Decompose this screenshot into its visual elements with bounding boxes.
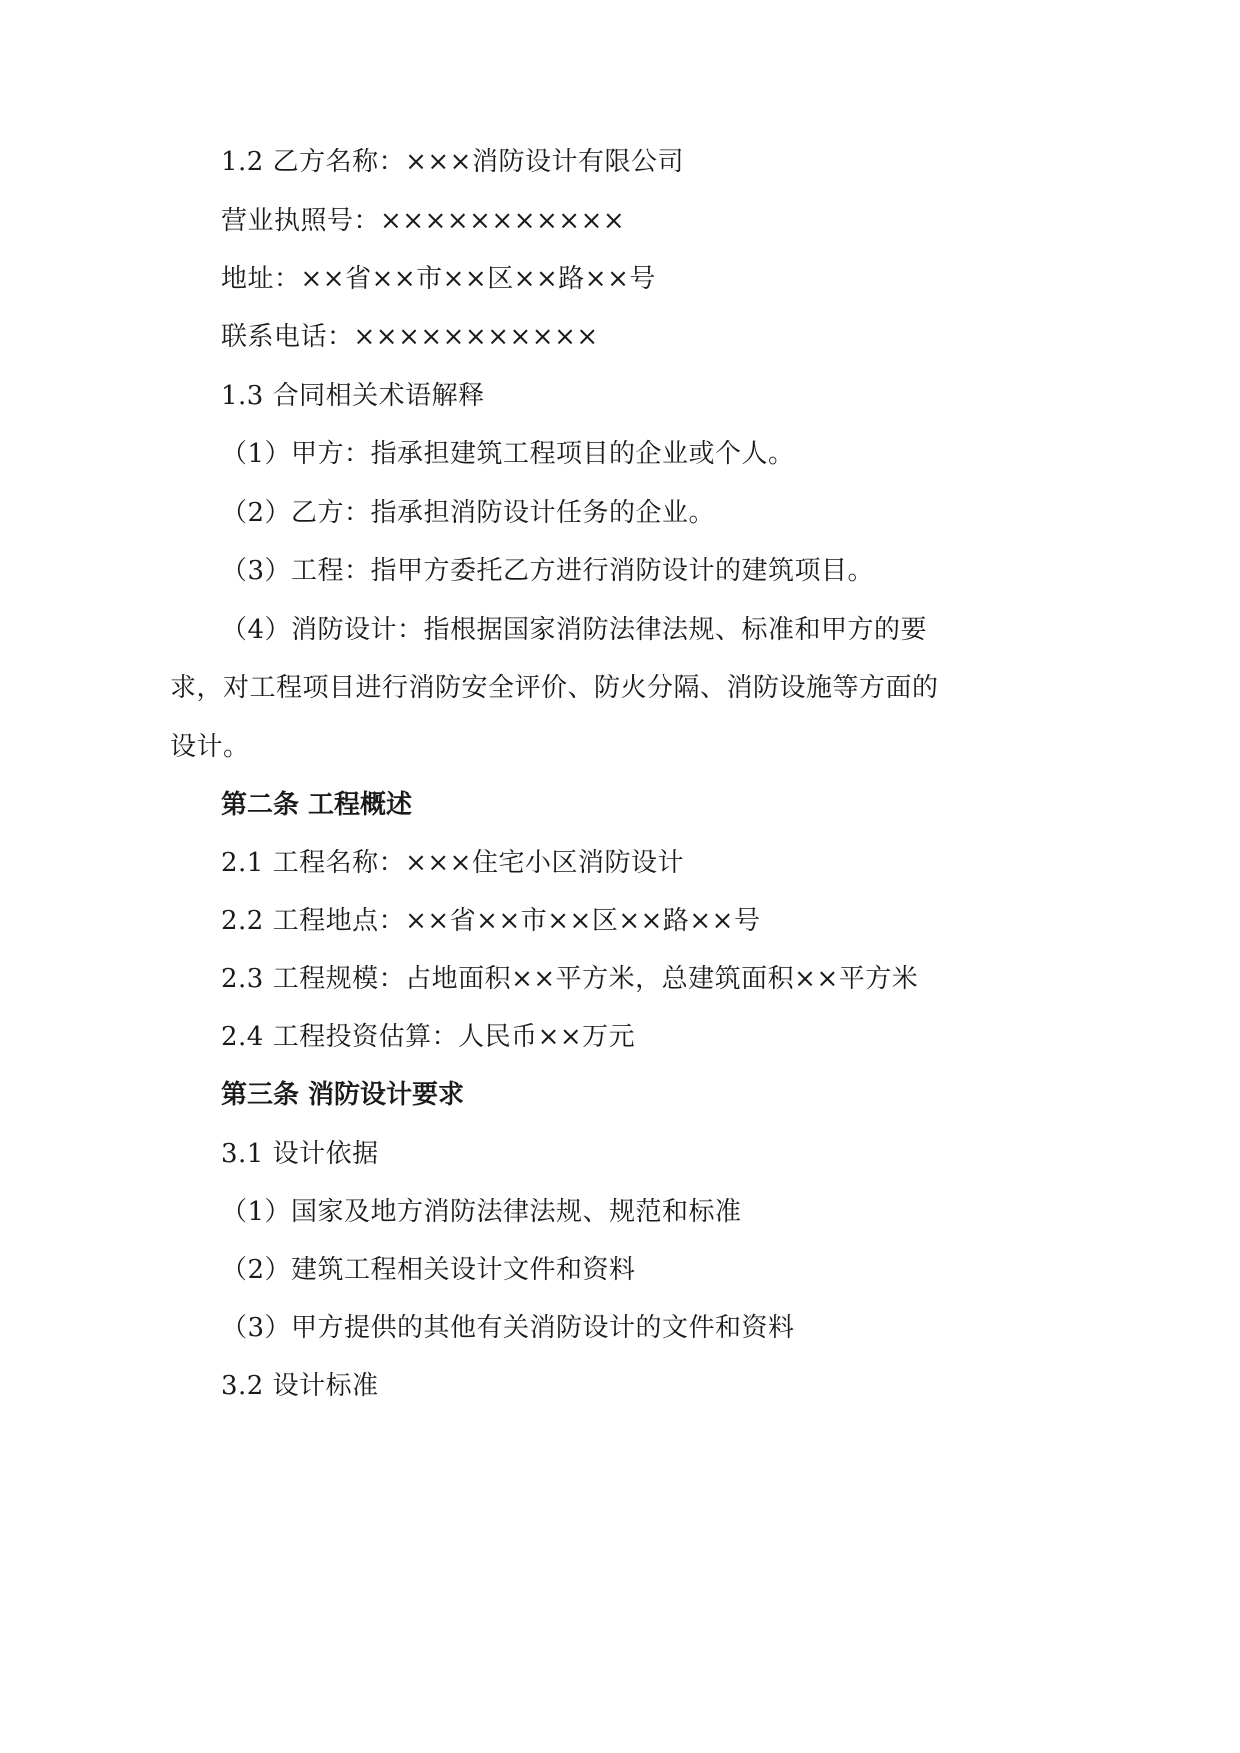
design-standard-title: 3.2 设计标准 bbox=[221, 1369, 379, 1403]
project-name: 2.1 工程名称：×××住宅小区消防设计 bbox=[221, 846, 684, 880]
design-basis-item-1: （1）国家及地方消防法律法规、规范和标准 bbox=[221, 1195, 742, 1229]
design-basis-title: 3.1 设计依据 bbox=[221, 1137, 379, 1171]
party-b-phone: 联系电话：××××××××××× bbox=[221, 320, 599, 354]
party-b-address: 地址：××省××市××区××路××号 bbox=[221, 262, 656, 296]
article-two-heading: 第二条 工程概述 bbox=[221, 788, 412, 822]
business-license-number: 营业执照号：××××××××××× bbox=[221, 204, 625, 238]
terms-definition-title: 1.3 合同相关术语解释 bbox=[221, 379, 485, 413]
term-project: （3）工程：指甲方委托乙方进行消防设计的建筑项目。 bbox=[221, 554, 874, 588]
article-three-heading: 第三条 消防设计要求 bbox=[221, 1078, 464, 1112]
term-fire-design-line3: 设计。 bbox=[170, 730, 250, 764]
project-scale: 2.3 工程规模：占地面积××平方米，总建筑面积××平方米 bbox=[221, 962, 918, 996]
design-basis-item-3: （3）甲方提供的其他有关消防设计的文件和资料 bbox=[221, 1311, 795, 1345]
design-basis-item-2: （2）建筑工程相关设计文件和资料 bbox=[221, 1253, 636, 1287]
project-location: 2.2 工程地点：××省××市××区××路××号 bbox=[221, 904, 760, 938]
term-fire-design-line1: （4）消防设计：指根据国家消防法律法规、标准和甲方的要 bbox=[221, 613, 927, 647]
term-party-b: （2）乙方：指承担消防设计任务的企业。 bbox=[221, 496, 715, 530]
document-page: 1.2 乙方名称：×××消防设计有限公司 营业执照号：××××××××××× 地… bbox=[0, 0, 1240, 1753]
party-b-name: 1.2 乙方名称：×××消防设计有限公司 bbox=[221, 145, 684, 179]
term-party-a: （1）甲方：指承担建筑工程项目的企业或个人。 bbox=[221, 437, 795, 471]
project-investment: 2.4 工程投资估算：人民币××万元 bbox=[221, 1020, 635, 1054]
term-fire-design-line2: 求，对工程项目进行消防安全评价、防火分隔、消防设施等方面的 bbox=[170, 671, 939, 705]
